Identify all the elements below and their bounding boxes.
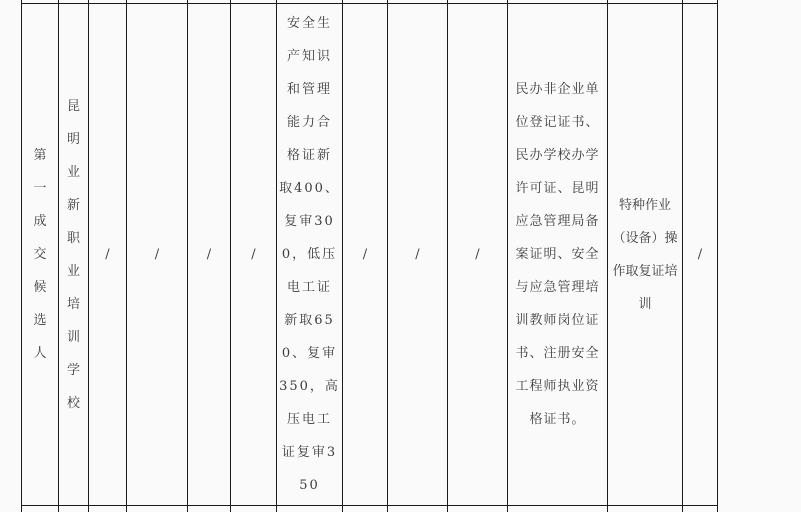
empty-field-cell: /	[448, 4, 508, 506]
empty-field-cell: /	[127, 4, 188, 506]
empty-field-cell: /	[231, 4, 277, 506]
document-page: 第 一 成 交 候 选 人 昆 明 业 新 职 业 培 训 学 校 / / / …	[0, 0, 801, 512]
partial-cell	[277, 506, 343, 512]
empty-field-cell: /	[89, 4, 127, 506]
empty-field-cell: /	[388, 4, 448, 506]
partial-cell	[89, 506, 127, 512]
fee-detail-cell: 安全生 产知识 和管理 能力合 格证新 取400、 复审30 0，低压 电工证 …	[277, 4, 343, 506]
partial-cell	[608, 506, 683, 512]
empty-field-cell: /	[343, 4, 388, 506]
candidate-rank-cell: 第 一 成 交 候 选 人	[22, 4, 59, 506]
partial-cell	[448, 506, 508, 512]
training-category-cell: 特种作业 （设备）操 作取复证培 训	[608, 4, 683, 506]
partial-cell	[22, 506, 59, 512]
empty-field-cell: /	[683, 4, 718, 506]
certificate-list-cell: 民办非企业单 位登记证书、 民办学校办学 许可证、昆明 应急管理局备 案证明、安…	[508, 4, 608, 506]
partial-cell	[343, 506, 388, 512]
empty-field-cell: /	[188, 4, 231, 506]
partial-cell	[683, 506, 718, 512]
partial-cell	[231, 506, 277, 512]
partial-cell	[508, 506, 608, 512]
partial-cell	[388, 506, 448, 512]
table-row-partial-bottom	[22, 506, 718, 512]
bid-result-table: 第 一 成 交 候 选 人 昆 明 业 新 职 业 培 训 学 校 / / / …	[21, 0, 718, 512]
partial-cell	[59, 506, 89, 512]
partial-cell	[188, 506, 231, 512]
table-row-first-candidate: 第 一 成 交 候 选 人 昆 明 业 新 职 业 培 训 学 校 / / / …	[22, 4, 718, 506]
bidder-name-cell: 昆 明 业 新 职 业 培 训 学 校	[59, 4, 89, 506]
partial-cell	[127, 506, 188, 512]
